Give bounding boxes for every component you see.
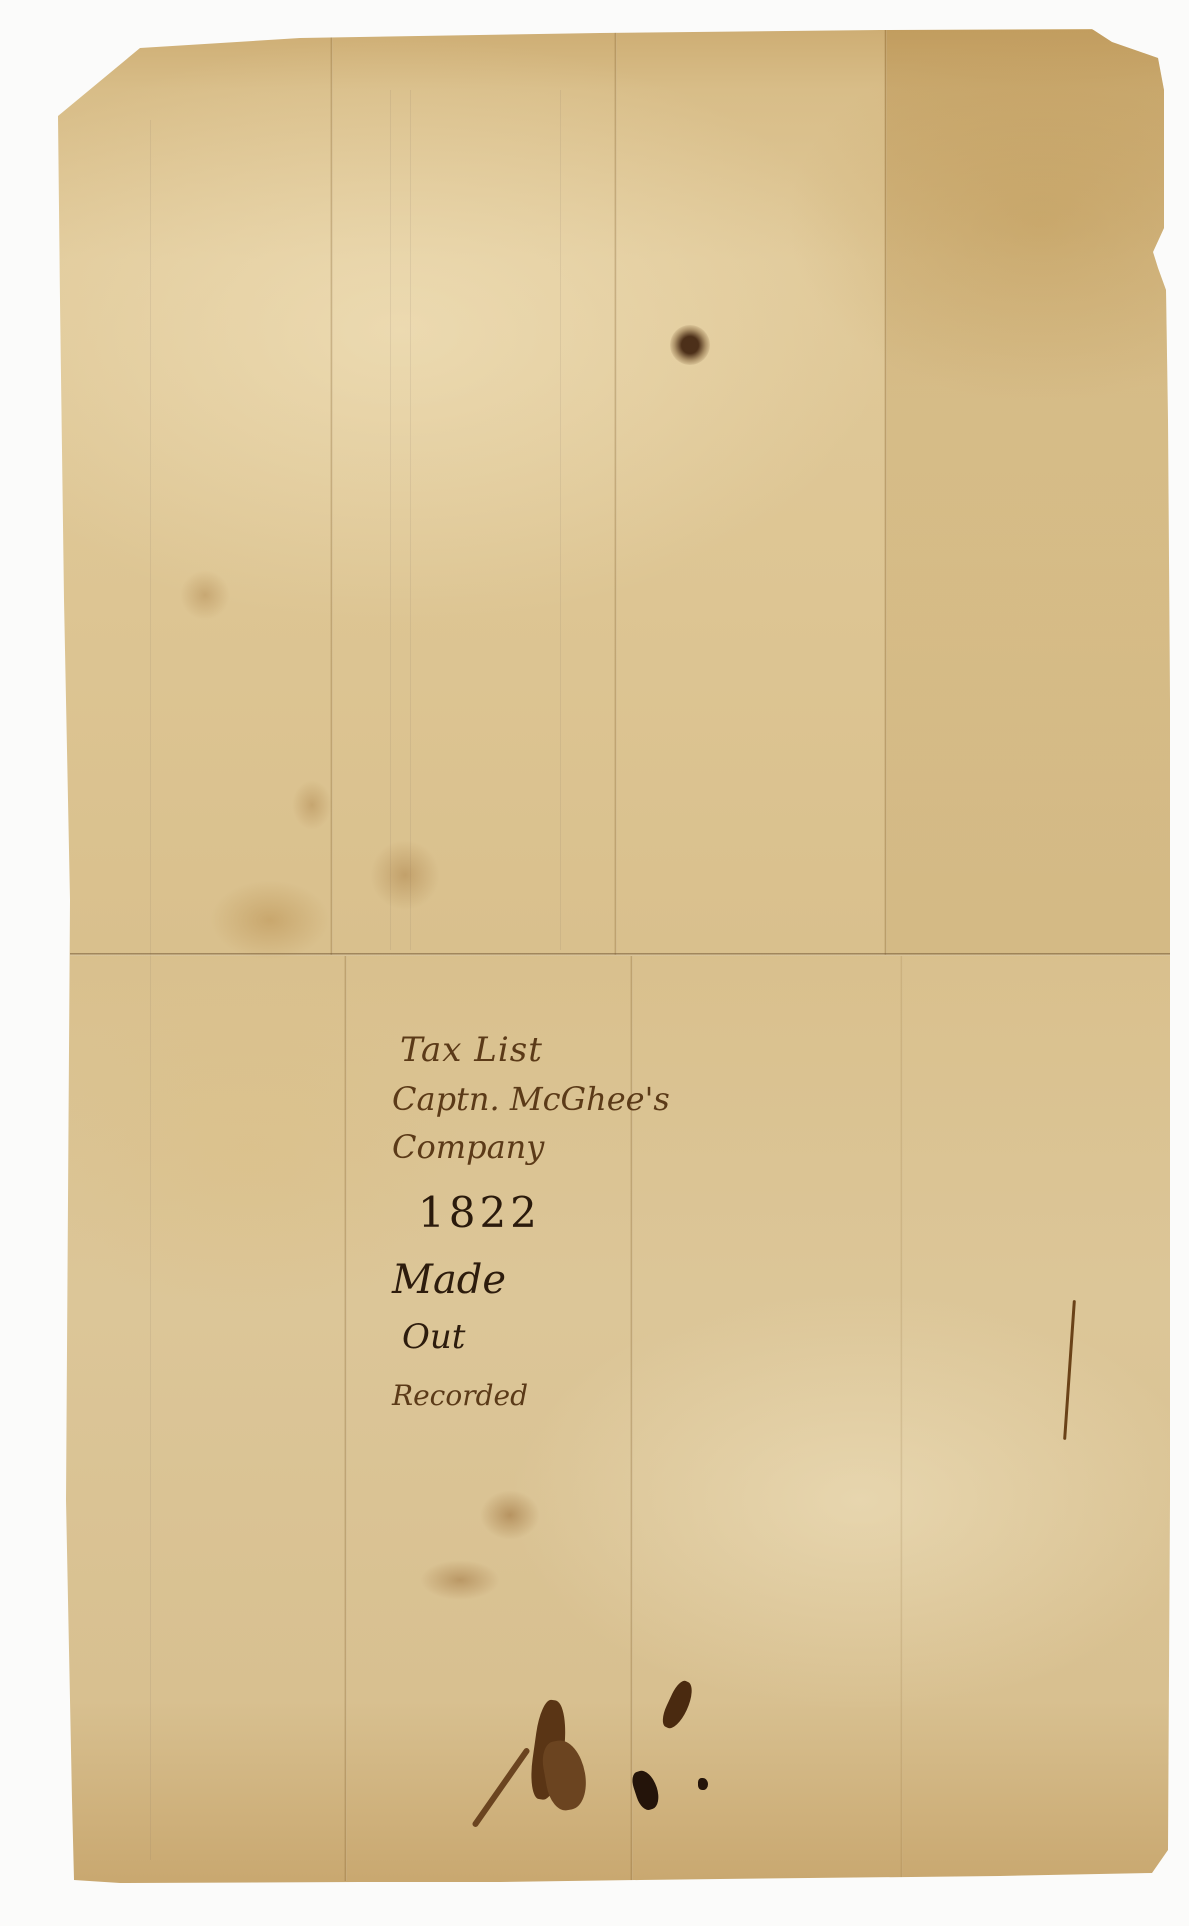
ink-blot — [629, 1768, 662, 1813]
inscription-line-out: Out — [402, 1317, 632, 1357]
water-stain — [420, 1560, 500, 1600]
ruled-line — [150, 120, 151, 1860]
ink-spot — [670, 325, 710, 365]
ink-blot — [658, 1678, 697, 1732]
paper — [0, 0, 1189, 1926]
fold-crease — [344, 956, 347, 1881]
docket-inscription: Tax List Captn. McGhee's Company 1822 Ma… — [392, 1030, 632, 1412]
manuscript-sheet: Tax List Captn. McGhee's Company 1822 Ma… — [0, 0, 1189, 1926]
inscription-line-year: 1822 — [418, 1188, 632, 1237]
inscription-line-made: Made — [392, 1257, 632, 1303]
fold-crease — [884, 30, 887, 955]
water-stain — [292, 780, 332, 830]
ruled-line — [410, 90, 411, 950]
water-stain — [210, 880, 330, 960]
inscription-line-company: Company — [392, 1128, 632, 1166]
inscription-line-title: Tax List — [400, 1030, 632, 1070]
fold-crease — [900, 956, 903, 1881]
ink-blot — [539, 1737, 591, 1813]
water-stain — [480, 1490, 540, 1540]
ruled-line — [560, 90, 561, 950]
fold-crease-horizontal — [70, 953, 1170, 956]
fold-crease — [614, 30, 617, 955]
ink-streak — [471, 1747, 530, 1828]
water-stain — [180, 570, 230, 620]
weathered-panel — [885, 30, 1175, 955]
inscription-line-captain: Captn. McGhee's — [392, 1080, 632, 1118]
inscription-line-recorded: Recorded — [392, 1379, 632, 1412]
ink-spot — [698, 1778, 708, 1790]
pen-stroke — [1063, 1300, 1076, 1440]
ruled-line — [390, 90, 391, 950]
fold-crease — [330, 30, 333, 955]
water-stain — [370, 840, 440, 910]
